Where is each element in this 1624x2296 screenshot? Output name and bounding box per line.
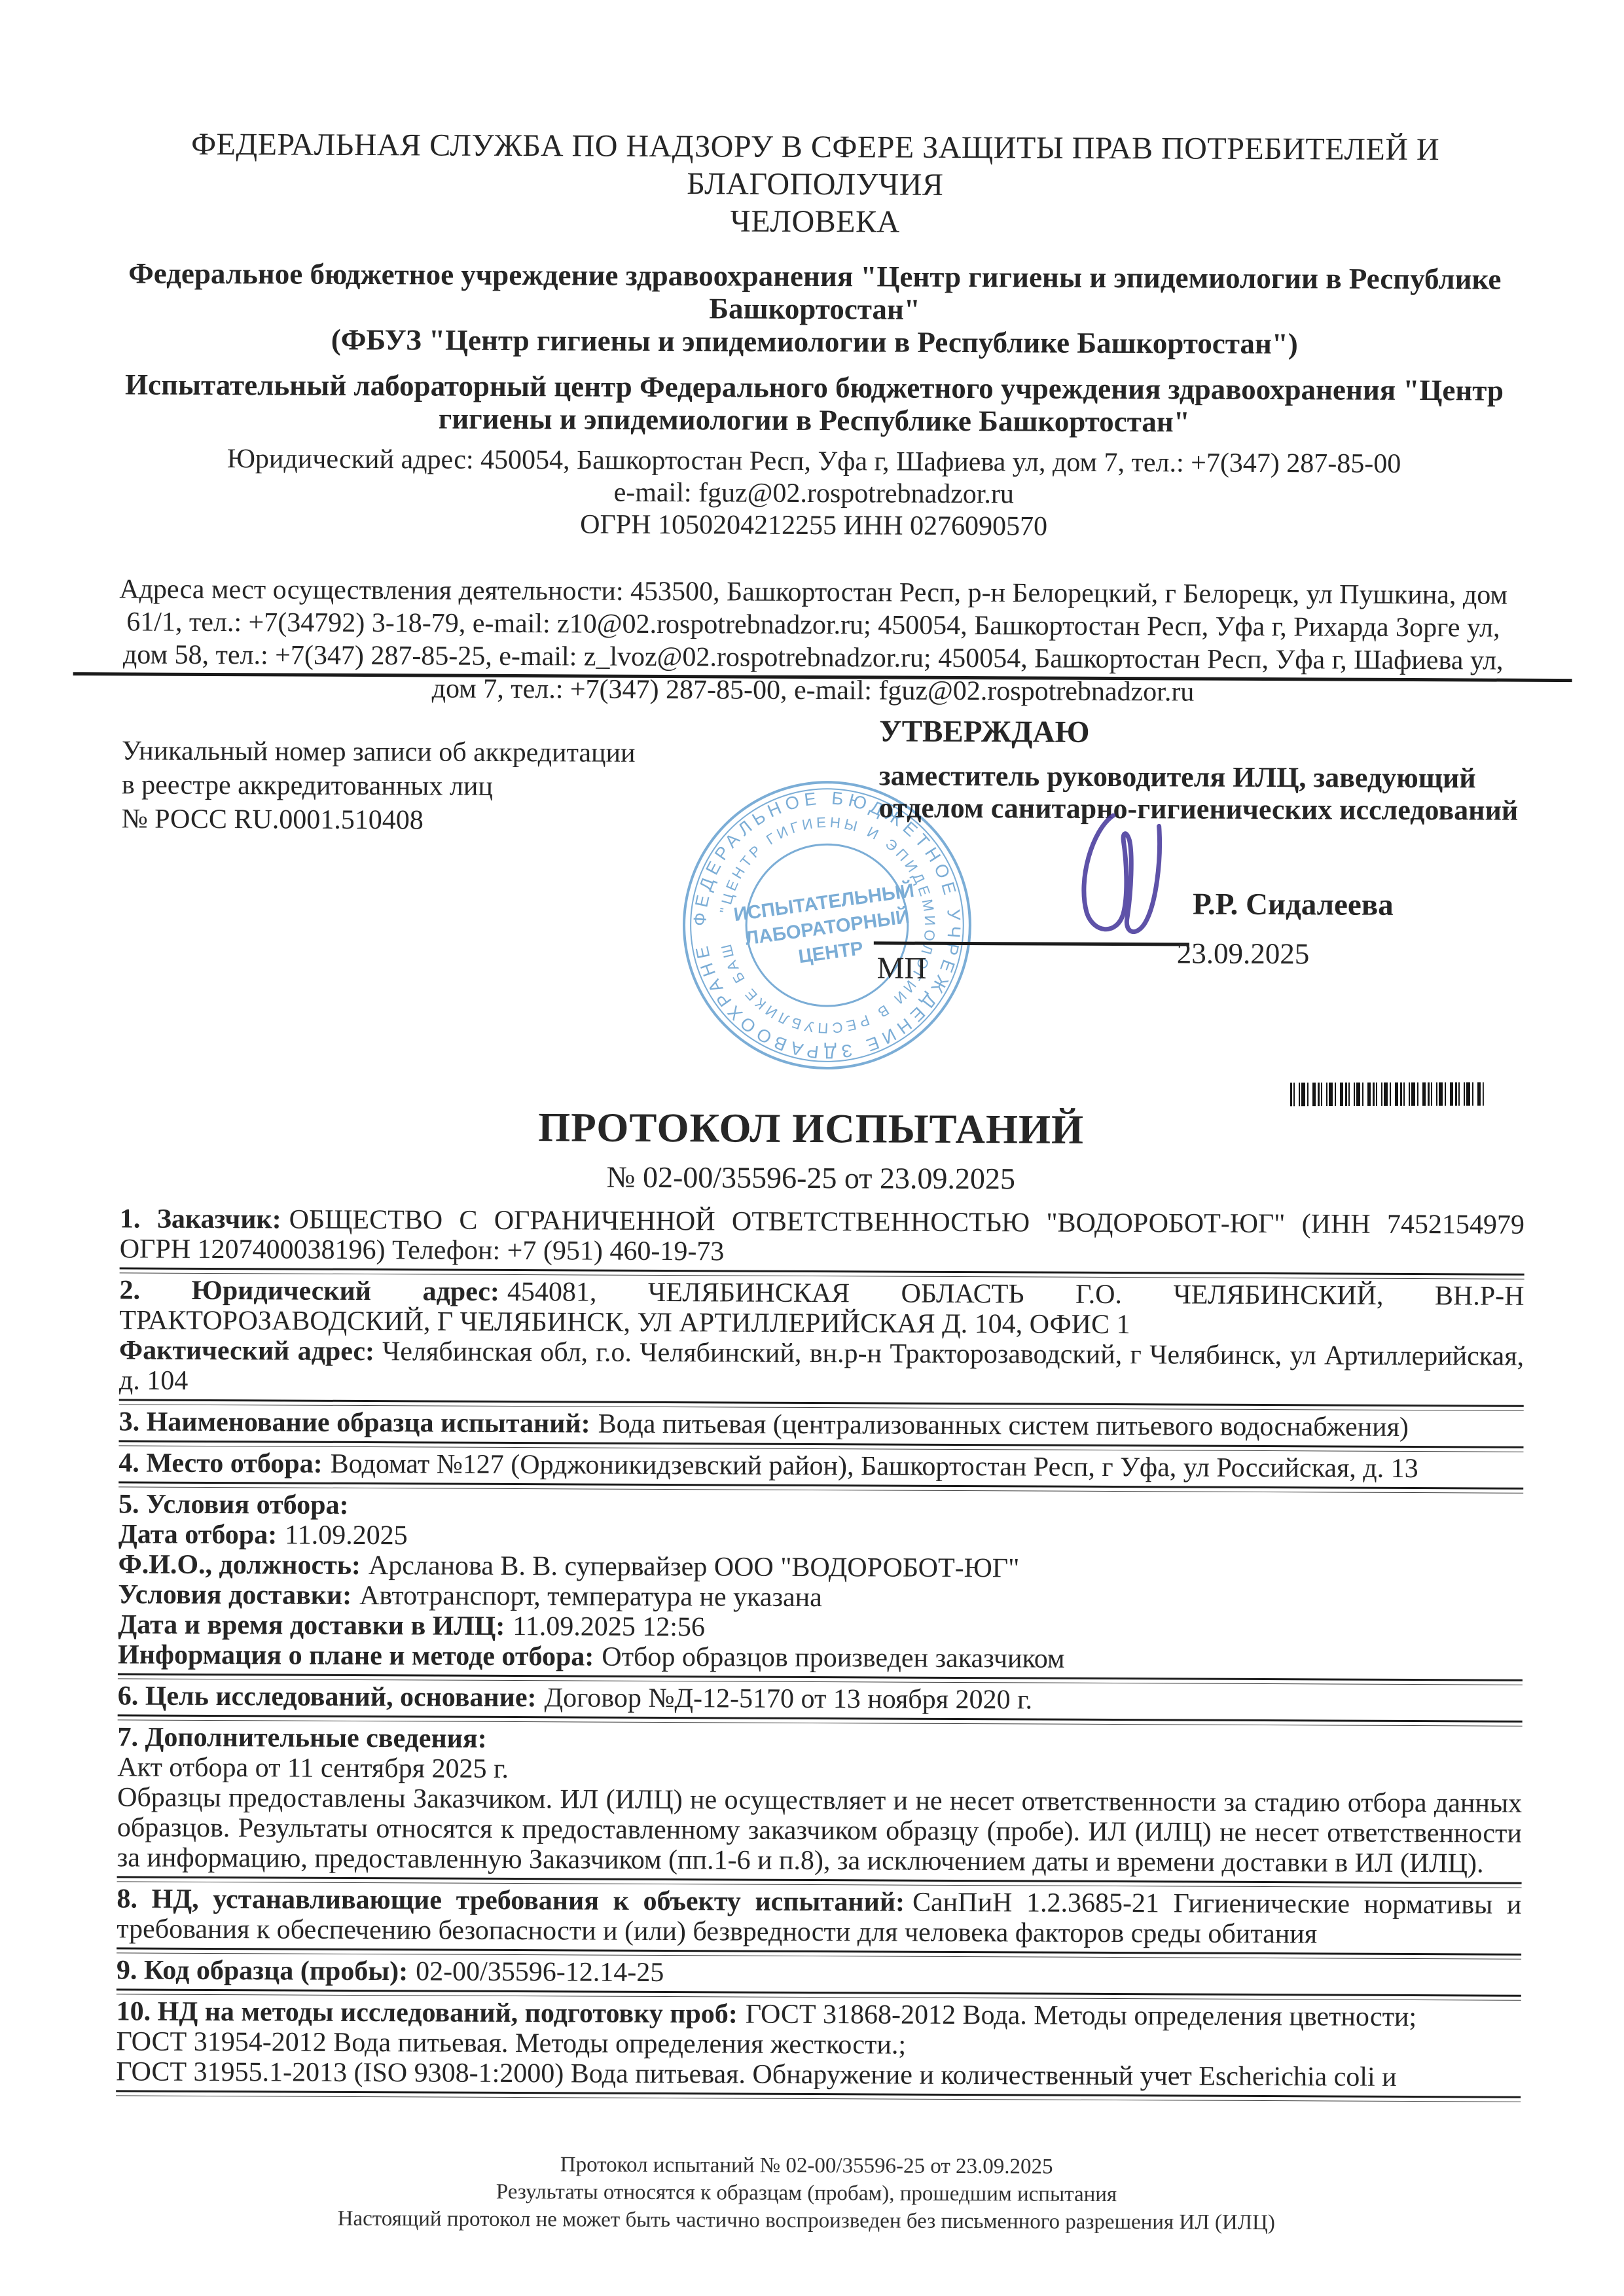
section-additional-info: 7. Дополнительные сведения: Акт отбора о…	[117, 1721, 1523, 1880]
organization-name: Федеральное бюджетное учреждение здравоо…	[113, 257, 1517, 328]
section-sample-name-value: Вода питьевая (централизованных систем п…	[598, 1409, 1409, 1443]
section-sample-code-label: 9. Код образца (пробы):	[117, 1955, 408, 1986]
sampling-date-label: Дата отбора:	[118, 1519, 278, 1550]
section-sampling-conditions: 5. Условия отбора: Дата отбора:11.09.202…	[118, 1488, 1523, 1677]
protocol-title-block: ПРОТОКОЛ ИСПЫТАНИЙ № 02-00/35596-25 от 2…	[109, 1102, 1513, 1198]
accreditation-line1: Уникальный номер записи об аккредитации	[122, 734, 645, 770]
section-legal-address-label: 2. Юридический адрес:	[119, 1275, 499, 1307]
section-sample-name-label: 3. Наименование образца испытаний:	[119, 1407, 590, 1439]
sampler-name-value: Арсланова В. В. супервайзер ООО "ВОДОРОБ…	[369, 1551, 1020, 1583]
activity-addresses: Адреса мест осуществления деятельности: …	[111, 573, 1515, 709]
organization-short-name: (ФБУЗ "Центр гигиены и эпидемиологии в Р…	[113, 322, 1517, 361]
federal-service-line2: ЧЕЛОВЕКА	[113, 200, 1517, 243]
page-title: ПРОТОКОЛ ИСПЫТАНИЙ	[109, 1102, 1513, 1155]
section-sample-code-value: 02-00/35596-12.14-25	[416, 1956, 664, 1988]
section-sample-name: 3. Наименование образца испытаний:Вода п…	[119, 1406, 1524, 1444]
legal-address-block: Юридический адрес: 450054, Башкортостан …	[112, 442, 1517, 545]
lab-center-line1: Испытательный лабораторный центр Федерал…	[112, 368, 1516, 406]
protocol-sections: 1. Заказчик:ОБЩЕСТВО С ОГРАНИЧЕННОЙ ОТВЕ…	[116, 1203, 1525, 2103]
disclaimer-paragraph: Образцы предоставлены Заказчиком. ИЛ (ИЛ…	[117, 1782, 1523, 1878]
delivery-conditions-value: Автотранспорт, температура не указана	[359, 1581, 822, 1613]
section-sampling-place-label: 4. Место отбора:	[118, 1448, 323, 1479]
organization-name-line1: Федеральное бюджетное учреждение здравоо…	[113, 257, 1517, 295]
federal-service-line1: ФЕДЕРАЛЬНАЯ СЛУЖБА ПО НАДЗОРУ В СФЕРЕ ЗА…	[113, 125, 1517, 206]
delivery-datetime-label: Дата и время доставки в ИЛЦ:	[118, 1609, 505, 1641]
scanned-sheet: ФЕДЕРАЛЬНАЯ СЛУЖБА ПО НАДЗОРУ В СФЕРЕ ЗА…	[0, 0, 1624, 2296]
section-methods-nd-label: 10. НД на методы исследований, подготовк…	[117, 1996, 738, 2029]
approval-title: УТВЕРЖДАЮ	[879, 713, 1534, 751]
section-sampling-place: 4. Место отбора:Водомат №127 (Орджоникид…	[118, 1447, 1523, 1486]
round-stamp: ФЕДЕРАЛЬНОЕ БЮДЖЕТНОЕ УЧРЕЖДЕНИЕ ЗДРАВОО…	[659, 757, 994, 1092]
approver-position-line1: заместитель руководителя ИЛЦ, заведующий	[879, 759, 1534, 794]
delivery-datetime-value: 11.09.2025 12:56	[513, 1611, 705, 1642]
section-methods-nd: 10. НД на методы исследований, подготовк…	[116, 1996, 1521, 2094]
accreditation-number: № РОСС RU.0001.510408	[122, 802, 645, 838]
ogrn-inn: ОГРН 1050204212255 ИНН 0276090570	[112, 507, 1516, 545]
approver-position-line2: отделом санитарно-гигиенических исследов…	[879, 791, 1534, 826]
section-legal-address: 2. Юридический адрес:454081, ЧЕЛЯБИНСКАЯ…	[119, 1274, 1525, 1403]
section-research-purpose-label: 6. Цель исследований, основание:	[118, 1681, 537, 1713]
accreditation-line2: в реестре аккредитованных лиц	[122, 768, 645, 804]
barcode	[1290, 1082, 1484, 1106]
actual-address-label: Фактический адрес:	[119, 1335, 374, 1367]
gost-line3: ГОСТ 31955.1-2013 (ISO 9308-1:2000) Вода…	[116, 2056, 1521, 2092]
protocol-number: № 02-00/35596-25 от 23.09.2025	[109, 1157, 1513, 1198]
federal-service-name: ФЕДЕРАЛЬНАЯ СЛУЖБА ПО НАДЗОРУ В СФЕРЕ ЗА…	[113, 125, 1518, 243]
approval-date: 23.09.2025	[1177, 936, 1310, 971]
approver-position: заместитель руководителя ИЛЦ, заведующий…	[879, 759, 1534, 826]
gost-line1: ГОСТ 31868-2012 Вода. Методы определения…	[746, 2000, 1417, 2032]
section-customer: 1. Заказчик:ОБЩЕСТВО С ОГРАНИЧЕННОЙ ОТВЕ…	[120, 1203, 1525, 1272]
section-research-purpose: 6. Цель исследований, основание:Договор …	[118, 1680, 1523, 1719]
section-additional-info-label: 7. Дополнительные сведения:	[117, 1722, 486, 1753]
legal-address: Юридический адрес: 450054, Башкортостан …	[112, 442, 1516, 480]
section-sampling-place-value: Водомат №127 (Орджоникидзевский район), …	[331, 1449, 1418, 1484]
section-requirements-nd: 8. НД, устанавливающие требования к объе…	[117, 1883, 1521, 1952]
section-customer-label: 1. Заказчик:	[120, 1204, 281, 1234]
section-sample-code: 9. Код образца (пробы):02-00/35596-12.14…	[117, 1954, 1521, 1993]
approval-block: УТВЕРЖДАЮ заместитель руководителя ИЛЦ, …	[879, 713, 1534, 826]
document-header: ФЕДЕРАЛЬНАЯ СЛУЖБА ПО НАДЗОРУ В СФЕРЕ ЗА…	[111, 125, 1517, 709]
section-customer-value: ОБЩЕСТВО С ОГРАНИЧЕННОЙ ОТВЕТСТВЕННОСТЬЮ…	[120, 1205, 1525, 1267]
protocol-document-page: ФЕДЕРАЛЬНАЯ СЛУЖБА ПО НАДЗОРУ В СФЕРЕ ЗА…	[0, 0, 1624, 2296]
delivery-conditions-label: Условия доставки:	[118, 1579, 352, 1611]
page-footer: Протокол испытаний № 02-00/35596-25 от 2…	[104, 2149, 1509, 2237]
section-research-purpose-value: Договор №Д-12-5170 от 13 ноября 2020 г.	[544, 1683, 1032, 1715]
sampling-plan-value: Отбор образцов произведен заказчиком	[602, 1642, 1064, 1674]
lab-center-name: Испытательный лабораторный центр Федерал…	[112, 368, 1516, 439]
footer-reproduction-note: Настоящий протокол не может быть частичн…	[104, 2204, 1508, 2237]
signature	[1072, 808, 1181, 939]
sampling-date-value: 11.09.2025	[285, 1520, 408, 1551]
accreditation-block: Уникальный номер записи об аккредитации …	[122, 734, 646, 838]
signer-name: Р.Р. Сидалеева	[1193, 887, 1394, 923]
lab-center-line2: гигиены и эпидемиологии в Республике Баш…	[112, 401, 1516, 439]
stamp-place-label: МП	[877, 950, 927, 986]
sampling-plan-label: Информация о плане и методе отбора:	[118, 1640, 594, 1672]
svg-text:ЦЕНТР: ЦЕНТР	[797, 937, 865, 967]
section-requirements-nd-label: 8. НД, устанавливающие требования к объе…	[117, 1884, 905, 1917]
sampler-name-label: Ф.И.О., должность:	[118, 1549, 361, 1581]
section-sampling-conditions-label: 5. Условия отбора:	[118, 1489, 349, 1520]
